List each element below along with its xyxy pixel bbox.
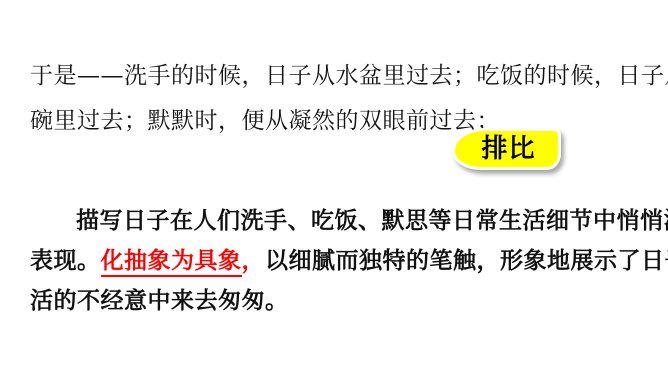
analysis-highlight-text: 化抽象为具象 bbox=[101, 248, 242, 277]
rhetoric-badge: 排比 bbox=[452, 128, 561, 170]
slide-canvas: 于是——洗手的时候，日子从水盆里过去；吃饭的时候，日子从饭 碗里过去；默默时，便… bbox=[0, 0, 668, 376]
quote-line-1: 于是——洗手的时候，日子从水盆里过去；吃饭的时候，日子从饭 bbox=[30, 54, 642, 99]
analysis-line-2-prefix: 表现。 bbox=[30, 248, 101, 274]
analysis-line-3: 活的不经意中来去匆匆。 bbox=[30, 281, 646, 321]
analysis-line-1: 描写日子在人们洗手、吃饭、默思等日常生活细节中悄悄流逝的 bbox=[30, 201, 646, 241]
analysis-line-2-rest: 以细腻而独特的笔触，形象地展示了日子在生 bbox=[265, 248, 668, 274]
analysis-highlight-comma: ， bbox=[242, 248, 266, 274]
analysis-line-2: 表现。化抽象为具象，以细腻而独特的笔触，形象地展示了日子在生 bbox=[30, 241, 646, 281]
rhetoric-badge-label: 排比 bbox=[481, 136, 535, 162]
analysis-paragraph: 描写日子在人们洗手、吃饭、默思等日常生活细节中悄悄流逝的 表现。化抽象为具象，以… bbox=[30, 201, 646, 321]
